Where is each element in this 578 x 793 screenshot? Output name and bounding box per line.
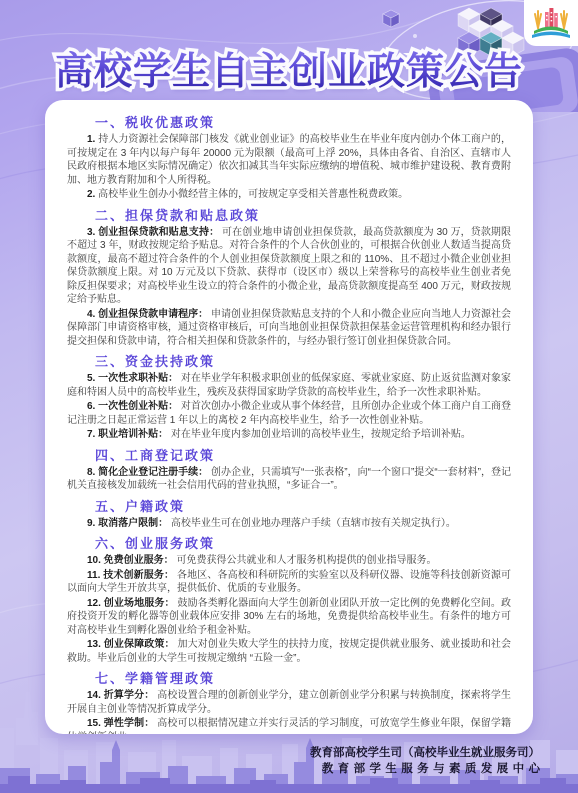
policy-card: 一、税收优惠政策1. 持人力资源社会保障部门核发《就业创业证》的高校毕业生在毕业… <box>45 100 533 734</box>
policy-item: 6. 一次性创业补贴： 对首次创办小微企业或从事个体经营，且所创办企业或个体工商… <box>67 400 511 427</box>
policy-section: 一、税收优惠政策1. 持人力资源社会保障部门核发《就业创业证》的高校毕业生在毕业… <box>67 115 511 202</box>
policy-item-text: 持人力资源社会保障部门核发《就业创业证》的高校毕业生在毕业年度内创办个体工商户的… <box>67 134 511 186</box>
policy-item-lead: 6. 一次性创业补贴： <box>87 401 181 412</box>
section-heading: 二、担保贷款和贴息政策 <box>67 208 511 224</box>
policy-item-text: 高校毕业生可在创业地办理落户手续（直辖市按有关规定执行）。 <box>171 518 456 529</box>
policy-item: 14. 折算学分： 高校设置合理的创新创业学分，建立创新创业学分积累与转换制度，… <box>67 689 511 716</box>
page-title-text: 高校学生自主创业政策公告 <box>0 40 578 95</box>
education-employment-emblem-icon <box>529 4 573 42</box>
page-title: 高校学生自主创业政策公告 高校学生自主创业政策公告 <box>0 40 578 92</box>
issuer-line-2: 教育部学生服务与素质发展中心 <box>310 761 544 777</box>
policy-item-text: 对在毕业年度内参加创业培训的高校毕业生，按规定给予培训补贴。 <box>171 429 471 440</box>
section-heading: 一、税收优惠政策 <box>67 115 511 131</box>
policy-item-lead: 1. <box>87 134 98 145</box>
policy-section: 五、户籍政策9. 取消落户限制： 高校毕业生可在创业地办理落户手续（直辖市按有关… <box>67 499 511 531</box>
poster-page: 高校学生自主创业政策公告 高校学生自主创业政策公告 一、税收优惠政策1. 持人力… <box>0 0 578 793</box>
policy-item-lead: 4. 创业担保贷款申请程序： <box>87 309 211 320</box>
policy-item-lead: 8. 简化企业登记注册手续： <box>87 467 211 478</box>
policy-item-text: 高校毕业生创办小微经营主体的，可按规定享受相关普惠性税费政策。 <box>98 189 408 200</box>
policy-item: 4. 创业担保贷款申请程序： 申请创业担保贷款贴息支持的个人和小微企业应向当地人… <box>67 308 511 349</box>
policy-section: 二、担保贷款和贴息政策3. 创业担保贷款和贴息支持： 可在创业地申请创业担保贷款… <box>67 208 511 349</box>
policy-item-text: 可免费获得公共就业和人才服务机构提供的创业指导服务。 <box>176 555 436 566</box>
policy-item: 12. 创业场地服务： 鼓励各类孵化器面向大学生创新创业团队开放一定比例的免费孵… <box>67 597 511 638</box>
policy-item-lead: 14. 折算学分： <box>87 690 157 701</box>
footer: 教育部高校学生司（高校毕业生就业服务司） 教育部学生服务与素质发展中心 <box>310 745 540 777</box>
policy-item: 15. 弹性学制： 高校可以根据情况建立并实行灵活的学习制度，可放宽学生修业年限… <box>67 717 511 734</box>
policy-item-lead: 2. <box>87 189 98 200</box>
policy-item: 9. 取消落户限制： 高校毕业生可在创业地办理落户手续（直辖市按有关规定执行）。 <box>67 517 511 531</box>
section-heading: 六、创业服务政策 <box>67 536 511 552</box>
issuer-line-1: 教育部高校学生司（高校毕业生就业服务司） <box>310 745 540 761</box>
policy-item-lead: 9. 取消落户限制： <box>87 518 171 529</box>
org-logo <box>524 0 578 46</box>
policy-item-lead: 10. 免费创业服务： <box>87 555 176 566</box>
section-heading: 七、学籍管理政策 <box>67 671 511 687</box>
section-heading: 四、工商登记政策 <box>67 448 511 464</box>
policy-item: 1. 持人力资源社会保障部门核发《就业创业证》的高校毕业生在毕业年度内创办个体工… <box>67 133 511 187</box>
policy-item: 7. 职业培训补贴： 对在毕业年度内参加创业培训的高校毕业生，按规定给予培训补贴… <box>67 428 511 442</box>
policy-item: 8. 简化企业登记注册手续： 创办企业，只需填写“一张表格”，向“一个窗口”提交… <box>67 466 511 493</box>
policy-item-lead: 12. 创业场地服务： <box>87 598 177 609</box>
policy-item-lead: 11. 技术创新服务： <box>87 570 177 581</box>
policy-item: 10. 免费创业服务： 可免费获得公共就业和人才服务机构提供的创业指导服务。 <box>67 554 511 568</box>
policy-section: 六、创业服务政策10. 免费创业服务： 可免费获得公共就业和人才服务机构提供的创… <box>67 536 511 665</box>
policy-item-lead: 13. 创业保障政策： <box>87 639 177 650</box>
policy-item: 11. 技术创新服务： 各地区、各高校和科研院所的实验室以及科研仪器、设施等科技… <box>67 569 511 596</box>
policy-item-text: 可在创业地申请创业担保贷款，最高贷款额度为 30 万，贷款期限不超过 3 年，财… <box>67 227 511 306</box>
policy-item-lead: 3. 创业担保贷款和贴息支持： <box>87 227 222 238</box>
policy-item: 5. 一次性求职补贴： 对在毕业学年积极求职创业的低保家庭、零就业家庭、防止返贫… <box>67 372 511 399</box>
policy-section: 七、学籍管理政策14. 折算学分： 高校设置合理的创新创业学分，建立创新创业学分… <box>67 671 511 734</box>
policy-item-lead: 15. 弹性学制： <box>87 718 157 729</box>
policy-item: 13. 创业保障政策： 加大对创业失败大学生的扶持力度，按规定提供就业服务、就业… <box>67 638 511 665</box>
policy-section: 三、资金扶持政策5. 一次性求职补贴： 对在毕业学年积极求职创业的低保家庭、零就… <box>67 354 511 442</box>
policy-item: 3. 创业担保贷款和贴息支持： 可在创业地申请创业担保贷款，最高贷款额度为 30… <box>67 226 511 307</box>
section-heading: 五、户籍政策 <box>67 499 511 515</box>
policy-item-lead: 7. 职业培训补贴： <box>87 429 171 440</box>
policy-item-lead: 5. 一次性求职补贴： <box>87 373 181 384</box>
policy-item: 2. 高校毕业生创办小微经营主体的，可按规定享受相关普惠性税费政策。 <box>67 188 511 202</box>
policy-section: 四、工商登记政策8. 简化企业登记注册手续： 创办企业，只需填写“一张表格”，向… <box>67 448 511 493</box>
section-heading: 三、资金扶持政策 <box>67 354 511 370</box>
